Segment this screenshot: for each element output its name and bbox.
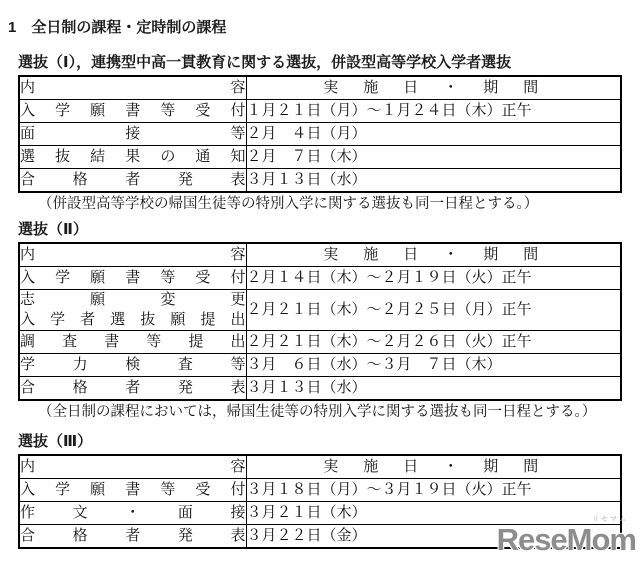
section-2-note: （全日制の課程においては，帰国生徒等の特別入学に関する選抜も同一日程とする。） [38,404,640,421]
table-row: 入学願書等受付 １月２１日（月）～１月２４日（木）正午 [19,100,621,123]
section-selection-2: 選抜（Ⅱ） 内容 実 施 日 ・ 期 間 入学願書等受付 ２月１４日（木）～２月… [0,222,640,421]
column-header-date: 実 施 日 ・ 期 間 [246,243,621,267]
row-label: 学力検査等 [19,354,246,377]
row-label-line-2: 入学者選抜願提出 [20,310,246,330]
table-row: 入学願書等受付 ２月１４日（木）～２月１９日（火）正午 [19,267,621,290]
row-value: ２月 ４日（月） [246,123,621,146]
row-value: ３月１８日（月）～３月１９日（火）正午 [246,479,621,502]
row-label-line-1: 志願変更 [20,290,246,310]
row-label: 選抜結果の通知 [19,146,246,169]
table-row: 合格者発表 ３月１３日（水） [19,377,621,401]
row-label: 合格者発表 [19,377,246,401]
section-selection-1: 選抜（Ⅰ），連携型中高一貫教育に関する選抜，併設型高等学校入学者選抜 内容 実 … [0,55,640,213]
row-label: 志願変更 入学者選抜願提出 [19,290,246,331]
resemom-watermark: リセマム ReseMom [497,516,636,555]
row-label: 入学願書等受付 [19,479,246,502]
row-value: ２月２１日（木）～２月２６日（火）正午 [246,331,621,354]
row-label: 入学願書等受付 [19,267,246,290]
document-page: 1 全日制の課程・定時制の課程 選抜（Ⅰ），連携型中高一貫教育に関する選抜，併設… [0,0,640,567]
row-label: 入学願書等受付 [19,100,246,123]
table-row: 入学願書等受付 ３月１８日（月）～３月１９日（火）正午 [19,479,621,502]
column-header-content: 内容 [19,76,246,100]
row-label: 作文・面接 [19,502,246,525]
schedule-table-2: 内容 実 施 日 ・ 期 間 入学願書等受付 ２月１４日（木）～２月１９日（火）… [18,242,622,401]
table-row: 選抜結果の通知 ２月 ７日（木） [19,146,621,169]
column-header-date: 実 施 日 ・ 期 間 [246,455,621,479]
resemom-logo: ReseMom [497,522,636,557]
row-label: 合格者発表 [19,525,246,549]
column-header-content: 内容 [19,455,246,479]
section-1-note: （併設型高等学校の帰国生徒等の特別入学に関する選抜も同一日程とする。） [38,196,640,213]
row-value: ２月 ７日（木） [246,146,621,169]
table-row: 調査書等提出 ２月２１日（木）～２月２６日（火）正午 [19,331,621,354]
row-label: 調査書等提出 [19,331,246,354]
row-label: 面接等 [19,123,246,146]
table-header-row: 内容 実 施 日 ・ 期 間 [19,76,621,100]
page-title: 1 全日制の課程・定時制の課程 [8,20,640,36]
row-value: ２月２１日（木）～２月２５日（月）正午 [246,290,621,331]
row-value: ３月１３日（水） [246,377,621,401]
column-header-date: 実 施 日 ・ 期 間 [246,76,621,100]
section-2-heading: 選抜（Ⅱ） [18,222,640,238]
row-value: ３月１３日（水） [246,169,621,193]
row-value: ３月 ６日（水）～３月 ７日（木） [246,354,621,377]
table-row: 学力検査等 ３月 ６日（水）～３月 ７日（木） [19,354,621,377]
row-value: １月２１日（月）～１月２４日（木）正午 [246,100,621,123]
column-header-content: 内容 [19,243,246,267]
table-header-row: 内容 実 施 日 ・ 期 間 [19,455,621,479]
table-row: 志願変更 入学者選抜願提出 ２月２１日（木）～２月２５日（月）正午 [19,290,621,331]
schedule-table-1: 内容 実 施 日 ・ 期 間 入学願書等受付 １月２１日（月）～１月２４日（木）… [18,75,622,193]
table-header-row: 内容 実 施 日 ・ 期 間 [19,243,621,267]
row-label: 合格者発表 [19,169,246,193]
table-row: 合格者発表 ３月１３日（水） [19,169,621,193]
table-row: 面接等 ２月 ４日（月） [19,123,621,146]
section-1-heading: 選抜（Ⅰ），連携型中高一貫教育に関する選抜，併設型高等学校入学者選抜 [18,55,640,71]
section-3-heading: 選抜（Ⅲ） [18,434,640,450]
row-value: ２月１４日（木）～２月１９日（火）正午 [246,267,621,290]
